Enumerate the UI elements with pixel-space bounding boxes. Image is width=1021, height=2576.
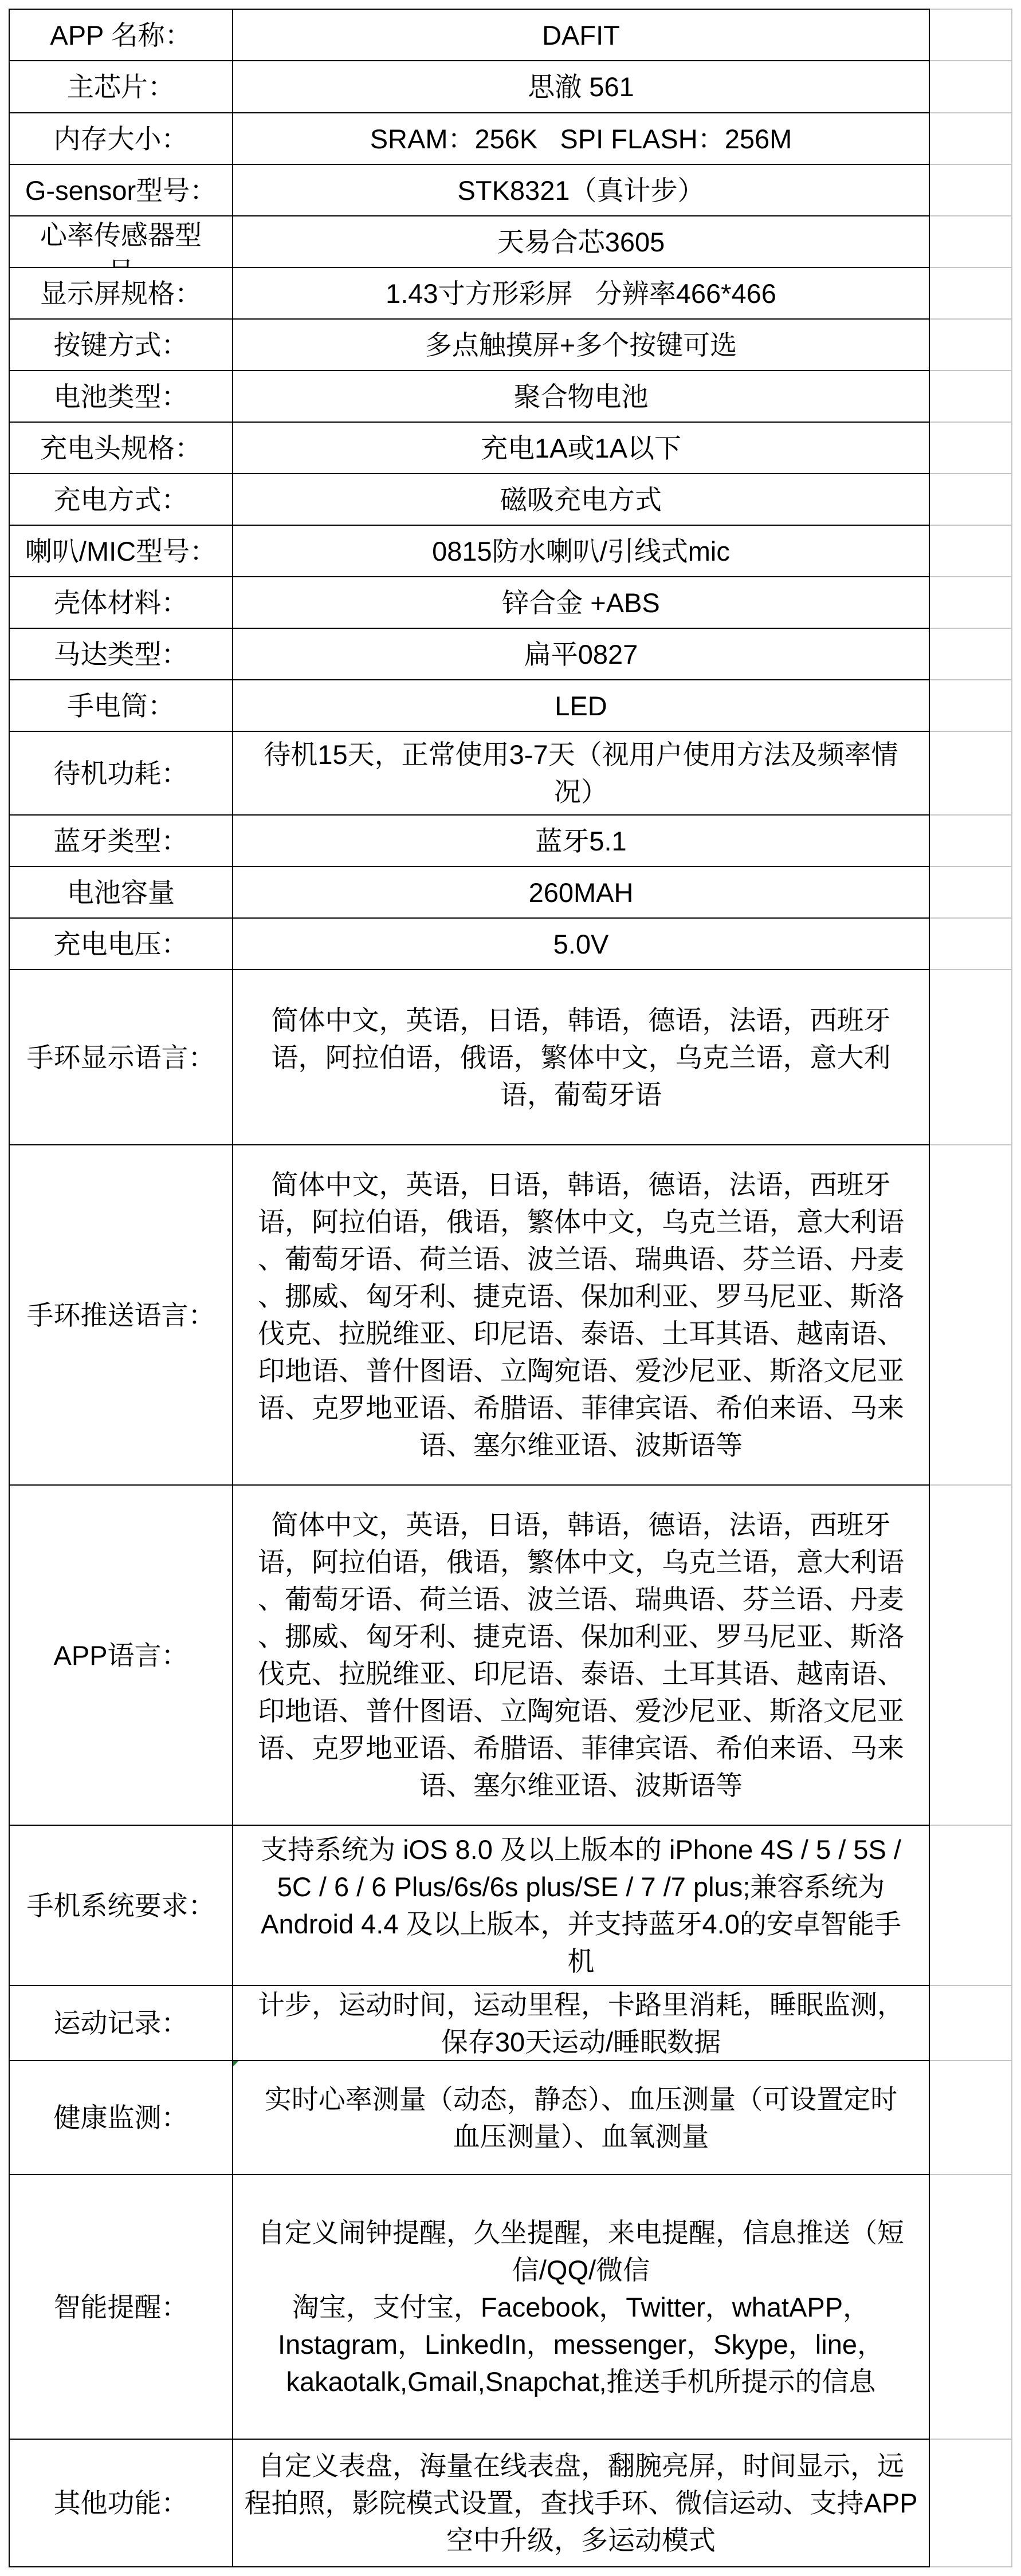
empty-grid-cell [930, 320, 1012, 371]
spec-value: 简体中文，英语，日语，韩语，德语，法语，西班牙 语，阿拉伯语，俄语，繁体中文，乌… [258, 1166, 904, 1464]
spec-value: SRAM：256K SPI FLASH：256M [370, 120, 792, 157]
value-cell: LED [233, 680, 930, 732]
spec-label: 待机功耗： [54, 755, 189, 792]
spec-row-g-sensor: G-sensor型号： STK8321（真计步） [9, 165, 1012, 216]
label-cell: 喇叭/MIC型号： [9, 526, 233, 577]
spec-label: 健康监测： [54, 2099, 189, 2136]
label-cell: G-sensor型号： [9, 165, 233, 216]
spec-value: 5.0V [553, 925, 609, 963]
spec-label: 运动记录： [54, 2004, 189, 2042]
empty-grid-cell [930, 165, 1012, 216]
value-cell: SRAM：256K SPI FLASH：256M [233, 113, 930, 165]
value-cell: 充电1A或1A以下 [233, 423, 930, 474]
spec-value: 自定义闹钟提醒，久坐提醒，来电提醒，信息推送（短 信/QQ/微信 淘宝，支付宝，… [258, 2214, 904, 2400]
empty-grid-cell [930, 474, 1012, 526]
empty-grid-cell [930, 629, 1012, 680]
label-cell: 手机系统要求： [9, 1826, 233, 1986]
spec-value: 260MAH [529, 874, 634, 911]
spec-label: APP语言： [53, 1637, 188, 1674]
empty-grid-cell [930, 816, 1012, 867]
spec-label: 手环显示语言： [27, 1039, 215, 1076]
empty-grid-cell [930, 577, 1012, 629]
label-cell: 按键方式： [9, 320, 233, 371]
value-cell: 待机15天，正常使用3-7天（视用户使用方法及频率情 况） [233, 732, 930, 816]
spec-row-display: 显示屏规格： 1.43寸方形彩屏 分辨率466*466 [9, 268, 1012, 320]
spec-value: 聚合物电池 [514, 378, 649, 415]
spec-row-bluetooth: 蓝牙类型： 蓝牙5.1 [9, 816, 1012, 867]
spec-label: 手电筒： [67, 687, 175, 724]
value-cell: 实时心率测量（动态，静态）、血压测量（可设置定时 血压测量）、血氧测量 [233, 2061, 930, 2175]
spec-label: 壳体材料： [54, 584, 189, 621]
empty-grid-cell [930, 867, 1012, 919]
value-cell: 多点触摸屏+多个按键可选 [233, 320, 930, 371]
value-cell: 扁平0827 [233, 629, 930, 680]
empty-grid-cell [930, 732, 1012, 816]
empty-grid-cell [930, 268, 1012, 320]
empty-grid-cell [930, 2175, 1012, 2440]
empty-grid-cell [930, 970, 1012, 1145]
spec-value: 计步，运动时间，运动里程，卡路里消耗，睡眠监测， 保存30天运动/睡眠数据 [258, 1986, 904, 2061]
value-cell: 5.0V [233, 919, 930, 970]
label-cell: 电池类型： [9, 371, 233, 423]
empty-grid-cell [930, 113, 1012, 165]
label-cell: 蓝牙类型： [9, 816, 233, 867]
spec-value: 待机15天，正常使用3-7天（视用户使用方法及频率情 况） [264, 736, 898, 810]
spec-value: 多点触摸屏+多个按键可选 [425, 326, 737, 364]
spec-value: 简体中文，英语，日语，韩语，德语，法语，西班牙 语，阿拉伯语，俄语，繁体中文，乌… [258, 1506, 904, 1804]
empty-grid-cell [930, 2061, 1012, 2175]
spec-label: G-sensor型号： [25, 172, 217, 209]
empty-grid-cell [930, 61, 1012, 113]
spec-row-flashlight: 手电筒： LED [9, 680, 1012, 732]
label-cell: 主芯片： [9, 61, 233, 113]
spec-value: 扁平0827 [524, 636, 638, 673]
spec-value: STK8321（真计步） [458, 172, 705, 209]
spec-row-smart-reminders: 智能提醒： 自定义闹钟提醒，久坐提醒，来电提醒，信息推送（短 信/QQ/微信 淘… [9, 2175, 1012, 2440]
spec-row-motor: 马达类型： 扁平0827 [9, 629, 1012, 680]
value-cell: 聚合物电池 [233, 371, 930, 423]
spec-row-band-display-languages: 手环显示语言： 简体中文，英语，日语，韩语，德语，法语，西班牙 语，阿拉伯语，俄… [9, 970, 1012, 1145]
spec-value: 1.43寸方形彩屏 分辨率466*466 [386, 275, 776, 312]
label-cell: 电池容量 [9, 867, 233, 919]
value-cell: 蓝牙5.1 [233, 816, 930, 867]
label-cell: APP语言： [9, 1486, 233, 1826]
value-cell: 0815防水喇叭/引线式mic [233, 526, 930, 577]
empty-grid-cell [930, 1145, 1012, 1486]
spec-label: 电池类型： [54, 378, 189, 415]
label-cell: 显示屏规格： [9, 268, 233, 320]
spec-value: 自定义表盘，海量在线表盘，翻腕亮屏，时间显示，远 程拍照，影院模式设置，查找手环… [244, 2447, 917, 2559]
value-cell: 计步，运动时间，运动里程，卡路里消耗，睡眠监测， 保存30天运动/睡眠数据 [233, 1986, 930, 2061]
cell-error-indicator-icon [233, 2061, 238, 2066]
value-cell: 锌合金 +ABS [233, 577, 930, 629]
spec-row-standby: 待机功耗： 待机15天，正常使用3-7天（视用户使用方法及频率情 况） [9, 732, 1012, 816]
spec-label: 电池容量 [67, 874, 175, 911]
spec-row-charger-spec: 充电头规格： 充电1A或1A以下 [9, 423, 1012, 474]
spec-row-battery-type: 电池类型： 聚合物电池 [9, 371, 1012, 423]
spec-label: 手机系统要求： [27, 1887, 215, 1924]
spec-label: 智能提醒： [54, 2289, 189, 2326]
label-cell: 充电头规格： [9, 423, 233, 474]
spec-row-activity-records: 运动记录： 计步，运动时间，运动里程，卡路里消耗，睡眠监测， 保存30天运动/睡… [9, 1986, 1012, 2061]
spec-label: 主芯片： [67, 68, 175, 105]
value-cell: 磁吸充电方式 [233, 474, 930, 526]
empty-grid-cell [930, 1826, 1012, 1986]
label-cell: 壳体材料： [9, 577, 233, 629]
spec-row-charging-voltage: 充电电压： 5.0V [9, 919, 1012, 970]
empty-grid-cell [930, 2440, 1012, 2567]
spec-row-case-material: 壳体材料： 锌合金 +ABS [9, 577, 1012, 629]
label-cell: 运动记录： [9, 1986, 233, 2061]
empty-grid-cell [930, 423, 1012, 474]
label-cell: 健康监测： [9, 2061, 233, 2175]
spec-value: 磁吸充电方式 [500, 481, 662, 518]
spec-row-main-chip: 主芯片： 思澈 561 [9, 61, 1012, 113]
spec-label: 其他功能： [54, 2484, 189, 2522]
spec-row-buttons: 按键方式： 多点触摸屏+多个按键可选 [9, 320, 1012, 371]
spec-row-memory: 内存大小： SRAM：256K SPI FLASH：256M [9, 113, 1012, 165]
spec-label: 蓝牙类型： [54, 822, 189, 860]
label-cell: 手环显示语言： [9, 970, 233, 1145]
spec-row-other-features: 其他功能： 自定义表盘，海量在线表盘，翻腕亮屏，时间显示，远 程拍照，影院模式设… [9, 2440, 1012, 2567]
value-cell: 简体中文，英语，日语，韩语，德语，法语，西班牙 语，阿拉伯语，俄语，繁体中文，乌… [233, 970, 930, 1145]
label-cell: 手电筒： [9, 680, 233, 732]
label-cell: 智能提醒： [9, 2175, 233, 2440]
spec-label: 马达类型： [54, 636, 189, 673]
value-cell: 支持系统为 iOS 8.0 及以上版本的 iPhone 4S / 5 / 5S … [233, 1826, 930, 1986]
label-cell: 待机功耗： [9, 732, 233, 816]
value-cell: 260MAH [233, 867, 930, 919]
spec-value: 简体中文，英语，日语，韩语，德语，法语，西班牙 语，阿拉伯语，俄语，繁体中文，乌… [272, 1002, 891, 1113]
label-cell: 手环推送语言： [9, 1145, 233, 1486]
label-cell: APP 名称： [9, 9, 233, 61]
empty-grid-cell [930, 919, 1012, 970]
spec-value: 充电1A或1A以下 [481, 430, 681, 467]
value-cell: DAFIT [233, 9, 930, 61]
spec-row-heart-rate-sensor: 心率传感器型 号 天易合芯3605 [9, 216, 1012, 268]
spec-value: 实时心率测量（动态，静态）、血压测量（可设置定时 血压测量）、血氧测量 [265, 2081, 898, 2155]
spec-value: 天易合芯3605 [497, 223, 665, 261]
empty-grid-cell [930, 216, 1012, 268]
spec-label: 充电方式： [54, 481, 189, 518]
value-cell: 自定义闹钟提醒，久坐提醒，来电提醒，信息推送（短 信/QQ/微信 淘宝，支付宝，… [233, 2175, 930, 2440]
empty-grid-cell [930, 371, 1012, 423]
spec-value: 蓝牙5.1 [535, 822, 626, 860]
spec-row-app-name: APP 名称： DAFIT [9, 9, 1012, 61]
empty-grid-cell [930, 9, 1012, 61]
empty-grid-cell [930, 1986, 1012, 2061]
spec-row-band-push-languages: 手环推送语言： 简体中文，英语，日语，韩语，德语，法语，西班牙 语，阿拉伯语，俄… [9, 1145, 1012, 1486]
spec-row-phone-requirements: 手机系统要求： 支持系统为 iOS 8.0 及以上版本的 iPhone 4S /… [9, 1826, 1012, 1986]
value-cell: 思澈 561 [233, 61, 930, 113]
spec-row-speaker-mic: 喇叭/MIC型号： 0815防水喇叭/引线式mic [9, 526, 1012, 577]
spec-label: 手环推送语言： [27, 1297, 215, 1334]
value-cell: 自定义表盘，海量在线表盘，翻腕亮屏，时间显示，远 程拍照，影院模式设置，查找手环… [233, 2440, 930, 2567]
label-cell: 心率传感器型 号 [9, 216, 233, 268]
value-cell: 简体中文，英语，日语，韩语，德语，法语，西班牙 语，阿拉伯语，俄语，繁体中文，乌… [233, 1145, 930, 1486]
value-cell: 天易合芯3605 [233, 216, 930, 268]
spec-value: 思澈 561 [528, 68, 634, 105]
spec-label: 充电头规格： [40, 430, 202, 467]
empty-grid-cell [930, 526, 1012, 577]
label-cell: 充电电压： [9, 919, 233, 970]
spec-value: 0815防水喇叭/引线式mic [432, 533, 730, 570]
empty-grid-cell [930, 1486, 1012, 1826]
spec-row-charging-method: 充电方式： 磁吸充电方式 [9, 474, 1012, 526]
spec-row-battery-capacity: 电池容量 260MAH [9, 867, 1012, 919]
label-cell: 其他功能： [9, 2440, 233, 2567]
spec-label: 充电电压： [54, 925, 189, 963]
label-cell: 内存大小： [9, 113, 233, 165]
spec-label: 按键方式： [54, 326, 189, 364]
spec-value: 支持系统为 iOS 8.0 及以上版本的 iPhone 4S / 5 / 5S … [261, 1831, 901, 1980]
spec-value: 锌合金 +ABS [502, 584, 660, 621]
spec-value: LED [555, 687, 607, 724]
spec-label: APP 名称： [50, 17, 191, 54]
spec-value: DAFIT [542, 17, 620, 54]
spec-label: 内存大小： [54, 120, 189, 157]
spec-label: 喇叭/MIC型号： [25, 533, 217, 570]
value-cell: 1.43寸方形彩屏 分辨率466*466 [233, 268, 930, 320]
spec-table: APP 名称： DAFIT 主芯片： 思澈 561 内存大小： SRAM：256… [9, 9, 1012, 2567]
spec-label: 显示屏规格： [40, 275, 202, 312]
value-cell: STK8321（真计步） [233, 165, 930, 216]
label-cell: 充电方式： [9, 474, 233, 526]
label-cell: 马达类型： [9, 629, 233, 680]
spec-label: 心率传感器型 号 [40, 216, 202, 268]
value-cell: 简体中文，英语，日语，韩语，德语，法语，西班牙 语，阿拉伯语，俄语，繁体中文，乌… [233, 1486, 930, 1826]
spec-row-app-languages: APP语言： 简体中文，英语，日语，韩语，德语，法语，西班牙 语，阿拉伯语，俄语… [9, 1486, 1012, 1826]
spec-row-health-monitoring: 健康监测： 实时心率测量（动态，静态）、血压测量（可设置定时 血压测量）、血氧测… [9, 2061, 1012, 2175]
empty-grid-cell [930, 680, 1012, 732]
